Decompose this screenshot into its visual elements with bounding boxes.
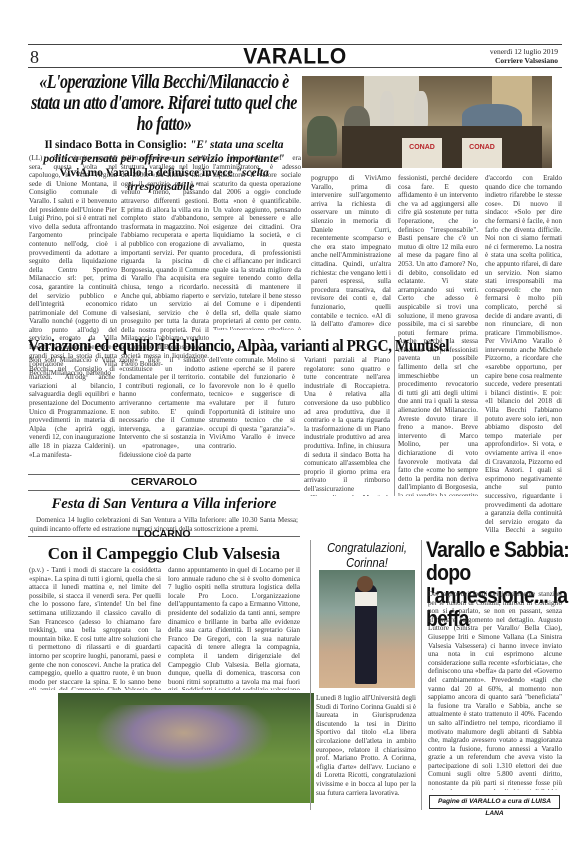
- campeggio-group-photo: [58, 693, 314, 803]
- column-divider: [310, 540, 311, 810]
- campeggio-column-1: (p.v.) - Tanti i modi di staccare la cos…: [29, 566, 161, 690]
- conad-sign: CONAD: [402, 138, 442, 168]
- corinna-graduation-photo: [319, 570, 415, 688]
- main-article-column-2: dall'inaugurazione della struttura varal…: [121, 154, 209, 330]
- issue-date: venerdì 12 luglio 2019: [490, 47, 558, 56]
- variazioni-column-3: dell'ente comunale. Molino si astiene «p…: [209, 356, 295, 466]
- variazioni-column-2: zione» dice il sindaco «costituisce un i…: [119, 356, 205, 466]
- main-article-title: «L'operazione Villa Becchi/Milanaccio è …: [29, 72, 300, 135]
- photo-table: [342, 126, 542, 168]
- sabbia-body: Del taglio dei fondi originariamente sta…: [428, 590, 562, 790]
- paper-name: Corriere Valsesiano: [490, 56, 558, 65]
- variazioni-column-4: Varianti parziali al Piano regolatore: s…: [304, 356, 390, 496]
- main-article-column-3: ti, che della srl era l'amministratore, …: [213, 154, 301, 330]
- conad-sign: CONAD: [462, 138, 502, 168]
- campeggio-column-2: danno appuntamento in quel di Locarno pe…: [168, 566, 300, 690]
- corinna-title: Congratulazioni, Corinna!: [322, 540, 412, 570]
- masthead: 8 VARALLO venerdì 12 luglio 2019 Corrier…: [28, 44, 562, 68]
- section-title: VARALLO: [28, 44, 562, 69]
- photo-figure-head: [357, 576, 373, 592]
- column-divider: [421, 540, 422, 810]
- corinna-body: Lunedì 8 luglio all'Università degli Stu…: [316, 694, 416, 808]
- date-block: venerdì 12 luglio 2019 Corriere Valsesia…: [490, 47, 558, 65]
- subtitle-prefix: Il sindaco Botta in Consiglio:: [45, 139, 190, 151]
- main-article-column-6: d'accordo con Eraldo quando dice che tor…: [485, 174, 562, 536]
- photo-figure-top: [355, 592, 377, 606]
- page-credit: Pagine di VARALLO a cura di LUISA LANA: [429, 795, 560, 809]
- main-article-column-1: (LL) - Si è riunito martedì sera, questa…: [29, 154, 117, 330]
- photo-crowd: [94, 705, 274, 775]
- photo-person: [380, 91, 394, 127]
- newspaper-page: 8 VARALLO venerdì 12 luglio 2019 Corrier…: [28, 0, 562, 860]
- council-meeting-photo: CONAD CONAD: [302, 76, 552, 168]
- main-article-column-5: fessionisti, perché decidere cosa fare. …: [398, 174, 478, 496]
- festa-title: Festa di San Ventura a Villa inferiore: [28, 496, 300, 513]
- variazioni-title: Variazioni ed equilibri di bilancio, Alp…: [28, 336, 397, 356]
- column-divider: [394, 336, 395, 496]
- section-divider: [28, 490, 300, 491]
- festa-kicker: CERVAROLO: [28, 476, 300, 488]
- section-divider: [28, 474, 300, 475]
- main-article-column-4: pogruppo di ViviAmo Varallo, prima di in…: [311, 174, 391, 330]
- campeggio-title: Con il Campeggio Club Valsesia: [28, 544, 300, 564]
- photo-person: [414, 91, 428, 127]
- photo-person: [307, 116, 337, 156]
- campeggio-kicker: LOCARNO: [28, 528, 300, 540]
- variazioni-column-1: Non solo Milanaccio e Villa Becchi, nel …: [29, 356, 115, 466]
